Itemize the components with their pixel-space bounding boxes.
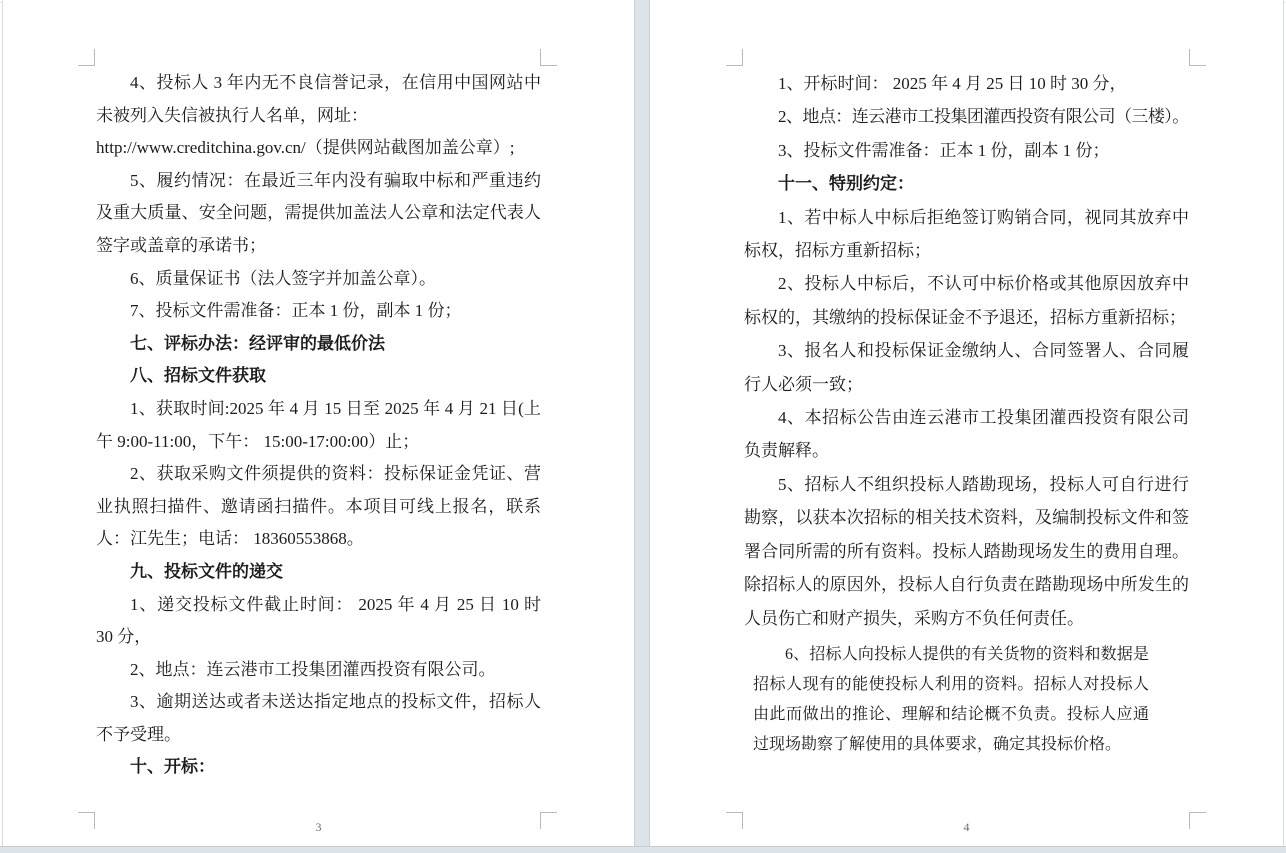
page-4-text-area[interactable]: 1、开标时间： 2025 年 4 月 25 日 10 时 30 分， 2、地点：… <box>744 67 1189 760</box>
heading-bid-opening[interactable]: 十、开标： <box>96 751 541 784</box>
para-bid-doc-copies[interactable]: 7、投标文件需准备：正本 1 份，副本 1 份； <box>96 295 541 328</box>
para-opening-doc-copies[interactable]: 3、投标文件需准备：正本 1 份，副本 1 份； <box>744 134 1189 167</box>
para-special-6-data-disclaimer[interactable]: 6、招标人向投标人提供的有关货物的资料和数据是招标人现有的能使投标人利用的资料。… <box>753 640 1149 760</box>
page-3: 4、投标人 3 年内无不良信誉记录，在信用中国网站中未被列入失信被执行人名单，网… <box>3 0 634 846</box>
para-credit-url[interactable]: http://www.creditchina.gov.cn/（提供网站截图加盖公… <box>96 132 541 165</box>
para-submission-deadline[interactable]: 1、递交投标文件截止时间： 2025 年 4 月 25 日 10 时 30 分， <box>96 589 541 654</box>
heading-doc-acquisition[interactable]: 八、招标文件获取 <box>96 360 541 393</box>
text-boundary-mark-bottom-right-icon <box>540 812 557 829</box>
para-opening-location[interactable]: 2、地点：连云港市工投集团灌西投资有限公司（三楼）。 <box>744 100 1189 133</box>
text-boundary-mark-top-right-icon <box>540 49 557 66</box>
page-3-text-area[interactable]: 4、投标人 3 年内无不良信誉记录，在信用中国网站中未被列入失信被执行人名单，网… <box>96 67 541 784</box>
para-special-3-same-person[interactable]: 3、报名人和投标保证金缴纳人、合同签署人、合同履行人必须一致； <box>744 334 1189 401</box>
para-quality-guarantee[interactable]: 6、质量保证书（法人签字并加盖公章）。 <box>96 263 541 296</box>
page-gap-background <box>634 0 650 846</box>
text-boundary-mark-top-left-icon <box>726 49 743 66</box>
para-late-delivery[interactable]: 3、逾期送达或者未送达指定地点的投标文件，招标人不予受理。 <box>96 686 541 751</box>
para-acquisition-time[interactable]: 1、获取时间:2025 年 4 月 15 日至 2025 年 4 月 21 日(… <box>96 393 541 458</box>
heading-special-stipulations[interactable]: 十一、特别约定： <box>744 167 1189 200</box>
page-number-4: 4 <box>744 820 1189 835</box>
para-special-2-deposit-forfeit[interactable]: 2、投标人中标后，不认可中标价格或其他原因放弃中标权的，其缴纳的投标保证金不予退… <box>744 267 1189 334</box>
para-special-5-site-survey[interactable]: 5、招标人不组织投标人踏勘现场，投标人可自行进行勘察，以获本次招标的相关技术资料… <box>744 468 1189 635</box>
para-opening-time[interactable]: 1、开标时间： 2025 年 4 月 25 日 10 时 30 分， <box>744 67 1189 100</box>
document-canvas: { "app": { "background_color": "#dce3e9"… <box>0 0 1286 853</box>
para-special-1-refuse-contract[interactable]: 1、若中标人中标后拒绝签订购销合同，视同其放弃中标权，招标方重新招标； <box>744 201 1189 268</box>
para-submission-location[interactable]: 2、地点：连云港市工投集团灌西投资有限公司。 <box>96 654 541 687</box>
heading-bid-submission[interactable]: 九、投标文件的递交 <box>96 556 541 589</box>
para-performance[interactable]: 5、履约情况：在最近三年内没有骗取中标和严重违约及重大质量、安全问题，需提供加盖… <box>96 165 541 263</box>
para-credit-record[interactable]: 4、投标人 3 年内无不良信誉记录，在信用中国网站中未被列入失信被执行人名单，网… <box>96 67 541 132</box>
para-acquisition-materials[interactable]: 2、获取采购文件须提供的资料：投标保证金凭证、营业执照扫描件、邀请函扫描件。本项… <box>96 458 541 556</box>
text-boundary-mark-bottom-left-icon <box>78 812 95 829</box>
view-right-edge <box>1283 0 1284 846</box>
para-special-4-interpretation[interactable]: 4、本招标公告由连云港市工投集团灌西投资有限公司负责解释。 <box>744 401 1189 468</box>
background-below-pages <box>0 846 1286 853</box>
page-4: 1、开标时间： 2025 年 4 月 25 日 10 时 30 分， 2、地点：… <box>650 0 1283 846</box>
text-boundary-mark-top-left-icon <box>78 49 95 66</box>
page-number-3: 3 <box>96 820 541 835</box>
heading-evaluation-method[interactable]: 七、评标办法：经评审的最低价法 <box>96 328 541 361</box>
text-boundary-mark-bottom-left-icon <box>726 812 743 829</box>
text-boundary-mark-top-right-icon <box>1189 49 1206 66</box>
text-boundary-mark-bottom-right-icon <box>1189 812 1206 829</box>
